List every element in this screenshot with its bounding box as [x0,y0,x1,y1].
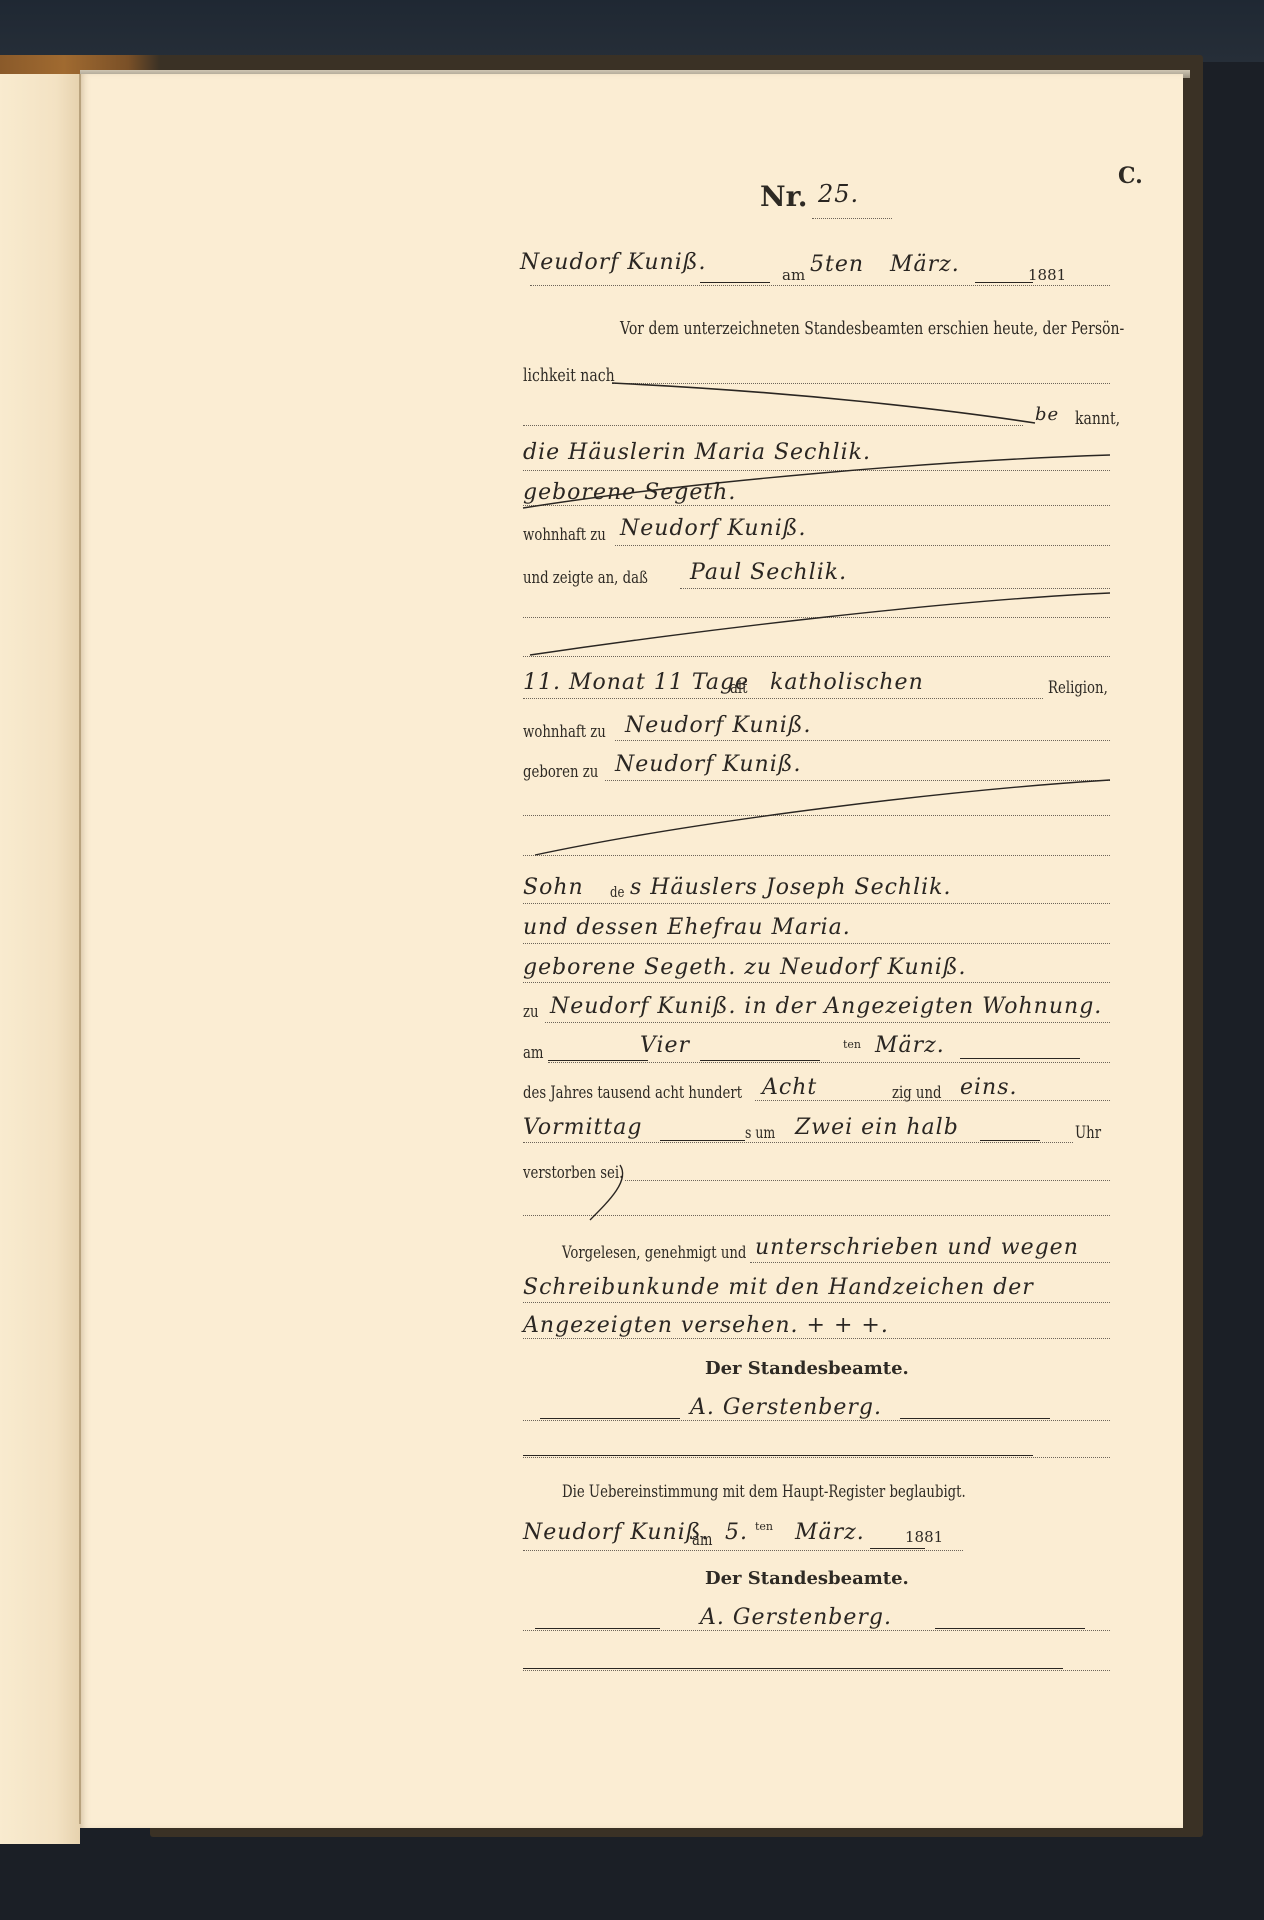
cancellation-strokes [0,0,1264,1920]
